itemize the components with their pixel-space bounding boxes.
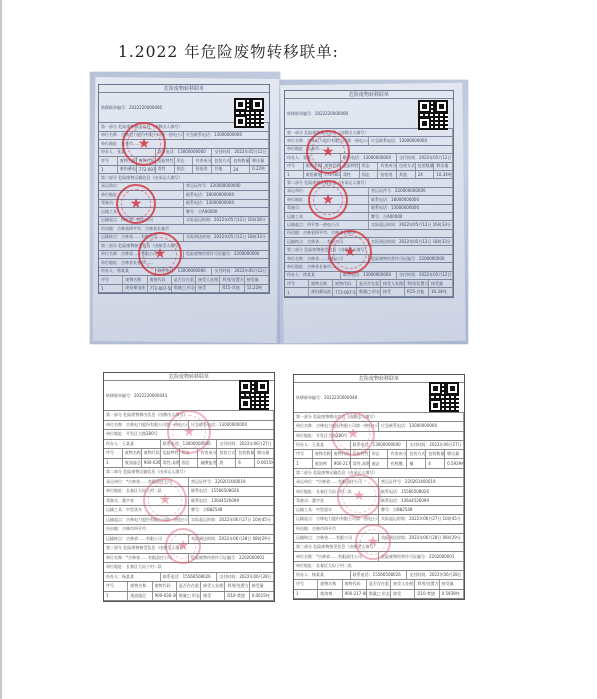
form-cell: 数量□ 形态□ 性质□ 无☑ 其他□: [367, 590, 391, 598]
form-row: 单位地址：吉林省长春市……: [99, 259, 269, 268]
form-cell: 772-007-50: [148, 285, 172, 293]
form-cell: 形态: [360, 163, 379, 170]
form-row: 单位地址：长春区大砬子村二队联系电话：15566508026: [104, 487, 274, 497]
form-cell: 实际起运时间：2022年06月27日 10时45分: [189, 516, 274, 525]
form-cell: 772-007-50: [333, 288, 357, 295]
form-cell: 经由地：吉林省四平市、吉林省长春市: [99, 225, 269, 233]
form-row: 经办人：杨某某联系电话：15566508026交付时间：2022年06月28日 …: [104, 573, 274, 583]
form-cell: 其他: [212, 166, 231, 174]
form-cell: 包装数量: [236, 449, 255, 458]
red-seal-icon: ★: [138, 232, 182, 276]
form-cell: 实际起运时间：2022年05月12日 16时33分: [369, 221, 453, 228]
form-cell: 移出量: [445, 450, 464, 458]
form-row: 经由地：吉林省四平市、吉林省长春市: [285, 230, 453, 238]
form-cell: 接受量: [250, 582, 274, 591]
form-cell: 第二部分 危险废物运输信息（由承运人填写）: [99, 174, 269, 182]
form-row: 1废铅蓄电池772-007-50毒性固态铅铅类其他240.22吨: [99, 166, 269, 175]
form-cell: 有害成分名称: [193, 157, 212, 165]
form-row: 第一部分 危险废物移出信息（由移出人填写）: [285, 129, 453, 137]
form-cell: D10-焚烧: [415, 590, 439, 598]
form-cell: 接受: [201, 592, 225, 601]
form-cell: 固态: [175, 166, 194, 174]
form-cell: 是否存在重大差异: [357, 280, 381, 287]
form-cell: 序号: [104, 449, 123, 458]
form-cell: 牌号：吉B82548: [379, 506, 464, 514]
form-cell: 包装方式: [212, 157, 231, 165]
form-cell: 危险废物经营许可证编号：2200000000: [369, 255, 453, 262]
form-row: 运输起点：吉林电力股份有限公司第一热电公司实际起运时间：2022年06月27日 …: [104, 516, 274, 526]
form-cell: 实际起运时间：2022年06月27日 10时45分: [379, 515, 464, 523]
form-cell: 交付时间：2022年06月27日 10时25分: [407, 441, 464, 449]
form-cell: 第一部分 危险废物移出信息（由移出人填写）: [294, 413, 464, 421]
form-cell: 废物代码: [343, 580, 367, 588]
form-cell: 废物代码: [148, 276, 172, 284]
form-cell: 1: [294, 459, 313, 467]
form-cell: 移出量: [255, 449, 274, 458]
form-cell: 实际到达时间：2022年05月12日 18时33分: [184, 234, 269, 242]
form-row: 序号废物名称废物代码是否存在重大差异接受人处理意见利用/处置方式接受量: [104, 582, 274, 592]
red-seal-icon: ★: [308, 180, 348, 220]
form-cell: 单位地址：长春区大砬子村二队: [294, 562, 464, 570]
form-cell: 序号: [104, 582, 128, 591]
form-cell: 交付时间：2022年05月12日 18时52分: [397, 272, 453, 279]
form-cell: 接受人处理意见: [391, 580, 415, 588]
form-cell: 废溶剂: [313, 459, 332, 467]
form-cell: 序号: [285, 163, 304, 170]
form-cell: 牌号：吉A00000: [369, 213, 453, 220]
form-scan-3: 危险废物转移联单转移联单编号：2022220000044第一部分 危险废物移出信…: [103, 372, 275, 604]
form-cell: 单位地址：吉林省长春市……: [99, 259, 269, 267]
form-cell: 包装数量: [231, 157, 250, 165]
form-cell: 实际起运时间：2022年05月12日 16时28分: [184, 217, 269, 225]
form-cell: 1: [285, 171, 304, 178]
form-cell: 危险废物经营许可证编号：2202000001: [189, 554, 274, 563]
form-cell: 废物代码: [153, 582, 177, 591]
form-cell: 交付时间：2022年06月28日 09时41分: [217, 573, 274, 582]
form-cell: 包装方式: [217, 449, 236, 458]
form-cell: 24: [416, 171, 435, 178]
form-cell: 接受量: [429, 280, 453, 287]
form-cell: 10.34吨: [429, 288, 453, 295]
form-cell: 接受人处理意见: [196, 276, 220, 284]
form-row: 第二部分 危险废物运输信息（由承运人填写）: [294, 469, 464, 478]
form-cell: 液态: [370, 459, 389, 467]
form-cell: 毒性: [341, 171, 360, 178]
form-cell: 有害成分名称: [198, 449, 217, 458]
form-cell: 0.22吨: [250, 166, 269, 174]
red-seal-icon: ★: [331, 412, 375, 456]
form-cell: 有害成分名称: [378, 163, 397, 170]
form-title: 危险废物转移联单: [99, 85, 269, 93]
form-cell: 1: [99, 285, 123, 293]
form-row: 第三部分 危险废物接受信息（由接受人填写）: [99, 242, 269, 251]
form-cell: 交付时间：2022年05月12日 16时31分: [397, 154, 453, 161]
form-cell: 营运证件号：220201400019: [379, 478, 464, 486]
form-row: 第一部分 危险废物移出信息（由移出人填写）: [294, 413, 464, 422]
form-cell: 交付时间：2022年05月12日 16时31分: [212, 149, 269, 157]
form-row: 1废溶剂900-217-08毒性,易燃性液态有机酸、胶质和沥青物质桶40.593…: [294, 459, 464, 468]
form-row: 运输起点：吉林电力股份有限公司第一热电公司实际起运时间：2022年06月27日 …: [294, 515, 464, 524]
form-cell: 0.5939吨: [440, 590, 464, 598]
form-cell: 数量□ 形态□ 性质□ 无☑ 其他□: [177, 592, 201, 601]
form-cell: 废溶剂: [318, 590, 342, 598]
form-cell: 交付时间：2022年06月28日 09时41分: [407, 571, 464, 579]
form-cell: 废物名称: [128, 582, 152, 591]
form-cell: 实际到达时间：2022年06月28日 08时29分: [189, 535, 274, 544]
form-row: 1废溶剂900-217-08数量□ 形态□ 性质□ 无☑ 其他□接受D10-焚烧…: [294, 590, 464, 599]
form-cell: 袋: [217, 459, 236, 468]
form-cell: 第一部分 危险废物移出信息（由移出人填写）: [285, 129, 453, 136]
form-row: 驾驶员：董宇晋联系电话：13644526099: [104, 497, 274, 507]
form-cell: 第二部分 危险废物运输信息（由承运人填写）: [104, 468, 274, 477]
form-cell: 包装方式: [397, 163, 416, 170]
red-seal-icon: ★: [167, 410, 211, 454]
form-cell: 11.22吨: [245, 285, 269, 293]
form-row: 序号废物名称废物代码危险特性形态有害成分名称包装方式包装数量移出量: [99, 157, 269, 166]
form-cell: 废铅蓄电池: [118, 166, 137, 174]
form-row: 单位地址：长春区大砬子村二队: [104, 563, 274, 573]
form-cell: 联系电话：15566508026: [351, 571, 408, 579]
form-row: 第二部分 危险废物运输信息（由承运人填写）: [285, 179, 453, 187]
section-heading: 1.2022 年危险废物转移联单:: [118, 40, 339, 62]
form-cell: 序号: [99, 157, 118, 165]
form-cell: 接受: [391, 590, 415, 598]
form-cell: 1: [104, 459, 123, 468]
qr-code-icon: [239, 380, 269, 410]
form-cell: 900-036-36: [153, 592, 177, 601]
form-cell: 单位地址：开发区大路280号: [294, 432, 464, 440]
form-cell: 单位地址：长春区大砬子村二队: [104, 563, 274, 572]
form-cell: 包装数量: [416, 163, 435, 170]
form-cell: 形态: [175, 157, 194, 165]
page-left-border: [0, 0, 2, 699]
form-cell: R15-其他: [405, 288, 429, 295]
form-row: 经办人：徐某某联系电话：13000000000交付时间：2022年05月12日 …: [99, 268, 269, 277]
form-cell: 联系电话：18000000000: [184, 191, 269, 199]
form-cell: 经由地：吉林省四平市、吉林省长春市: [285, 230, 453, 237]
form-cell: 应急联系电话：13000000000: [369, 137, 453, 144]
form-row: 序号废物名称废物代码是否存在重大差异接受人处理意见利用/处置方式接受量: [285, 280, 453, 288]
form-cell: 900-217-08: [343, 590, 367, 598]
form-cell: 有害成分名称: [388, 450, 407, 458]
form-cell: 1: [285, 288, 309, 295]
form-row: 运输工具：牌号：吉A00000: [285, 213, 453, 221]
form-cell: 移出量: [434, 163, 453, 170]
form-row: 经办人：杨某某联系电话：15566508026交付时间：2022年06月28日 …: [294, 571, 464, 580]
form-cell: 废物名称: [123, 449, 142, 458]
qr-code-icon: [418, 100, 448, 130]
form-cell: 经办人：王某某: [104, 440, 161, 449]
form-cell: 0.0015吨: [255, 459, 274, 468]
form-cell: R15-其他: [220, 285, 244, 293]
form-cell: 毒性,易燃性: [351, 459, 370, 467]
form-row: 运输工具：中型货车牌号：吉B82548: [104, 506, 274, 516]
form-cell: 废物名称: [123, 276, 147, 284]
form-cell: 经办人：杨某某: [104, 573, 161, 582]
form-cell: 铅铅类: [193, 166, 212, 174]
form-row: 单位地址：长春区大砬子村二队: [294, 562, 464, 571]
form-cell: 硫酸盐类矿物、含油废化纤、铁、铝: [198, 459, 217, 468]
form-cell: 1: [294, 590, 318, 598]
form-cell: 数量□ 形态□ 性质□ 无☑ 其他□: [357, 288, 381, 295]
red-seal-icon: ★: [337, 474, 381, 518]
form-cell: 接受: [381, 288, 405, 295]
red-seal-icon: ★: [122, 122, 166, 166]
form-cell: 联系电话：13644526099: [379, 497, 464, 505]
form-row: 单位地址：开发区大路280号: [294, 432, 464, 441]
form-row: 序号废物名称废物代码是否存在重大差异接受人处理意见利用/处置方式接受量: [99, 276, 269, 285]
form-row: 运输起点：四平第一热电公司实际起运时间：2022年05月12日 16时33分: [285, 221, 453, 229]
red-seal-icon: ★: [355, 524, 391, 560]
form-cell: 772-007-50: [137, 166, 156, 174]
red-seal-icon: ★: [116, 184, 156, 224]
form-cell: 实际到达时间：2022年05月12日 18时33分: [369, 238, 453, 245]
red-seal-icon: ★: [165, 528, 201, 564]
form-cell: 联系电话：15566508026: [161, 573, 218, 582]
form-row: 1废油滤芯900-036-36毒性,易燃性固态硫酸盐类矿物、含油废化纤、铁、铝袋…: [104, 459, 274, 469]
form-cell: 序号: [294, 580, 318, 588]
form-cell: 0.0015吨: [250, 592, 274, 601]
form-cell: 数量□ 形态□ 性质□ 无☑ 其他□: [172, 285, 196, 293]
form-cell: 利用/处置方式: [415, 580, 439, 588]
qr-code-icon: [429, 382, 459, 412]
form-cell: 接受量: [440, 580, 464, 588]
form-cell: 经办人：杨某某: [294, 571, 351, 579]
red-seal-icon: ★: [328, 230, 372, 274]
form-cell: 接受: [196, 285, 220, 293]
form-title: 危险废物转移联单: [285, 91, 453, 99]
form-cell: 1: [104, 592, 128, 601]
form-cell: 运输起点：四平第一热电公司: [285, 221, 369, 228]
form-row: 1废油滤芯900-036-36数量□ 形态□ 性质□ 无☑ 其他□接受D10-焚…: [104, 592, 274, 602]
form-cell: 联系电话：18000000000: [369, 196, 453, 203]
form-cell: 1: [99, 166, 118, 174]
qr-code-icon: [234, 98, 264, 128]
form-cell: 固态: [360, 171, 379, 178]
form-scan-4: 危险废物转移联单转移联单编号：2022220000048第一部分 危险废物移出信…: [293, 374, 465, 604]
form-row: 第二部分 危险废物运输信息（由承运人填写）: [99, 174, 269, 183]
form-cell: 包装方式: [407, 450, 426, 458]
form-cell: 900-036-36: [142, 459, 161, 468]
form-cell: 经办人：徐某某: [285, 272, 341, 279]
form-cell: 其他: [397, 171, 416, 178]
form-cell: 毒性,易燃性: [161, 459, 180, 468]
form-cell: 第二部分 危险废物运输信息（由承运人填写）: [285, 179, 453, 186]
form-cell: 利用/处置方式: [225, 582, 249, 591]
form-cell: 营运证件号：220000000000: [369, 188, 453, 195]
form-cell: 废铅蓄电池: [123, 285, 147, 293]
form-cell: 废油滤芯: [128, 592, 152, 601]
form-cell: 联系电话：13644526099: [189, 497, 274, 506]
form-cell: 序号: [99, 276, 123, 284]
form-cell: 有机酸、胶质和沥青物质: [388, 459, 407, 467]
form-row: 单位名称：吉林电力股份有限公司第一热电公司应急联系电话：13000000000: [294, 422, 464, 431]
form-cell: 0.5939吨: [445, 459, 464, 467]
form-cell: 接受人处理意见: [201, 582, 225, 591]
form-photo-1: 危险废物转移联单转移联单编号：2022220000000第一部分 危险废物移出信…: [90, 72, 280, 344]
form-cell: 危险废物经营许可证编号：2200000000: [184, 251, 269, 259]
form-cell: 废物名称: [318, 580, 342, 588]
form-row: 1废铅蓄电池772-007-50毒性固态铅铅类其他2410.34吨: [285, 171, 453, 179]
form-row: 第二部分 危险废物运输信息（由承运人填写）: [104, 468, 274, 478]
form-cell: 联系电话：13000000000: [184, 200, 269, 208]
form-row: 经办人：徐某某联系电话：13000000000交付时间：2022年05月12日 …: [285, 272, 453, 280]
form-cell: 应急联系电话：13000000000: [379, 422, 464, 430]
form-row: 运输终点：吉林省……有限公司实际到达时间：2022年05月12日 18时33分: [99, 234, 269, 243]
form-row: 经办人：王某某联系电话：13000000000交付时间：2022年06月27日 …: [294, 441, 464, 450]
form-cell: 利用/处置方式: [405, 280, 429, 287]
form-cell: 是否存在重大差异: [177, 582, 201, 591]
form-row: 承运单位：*吉林省……有限责任公司营运证件号：220201400019: [104, 478, 274, 488]
form-cell: 废油滤芯: [123, 459, 142, 468]
form-cell: 牌号：吉A00000: [184, 208, 269, 216]
form-cell: 接受人处理意见: [381, 280, 405, 287]
form-cell: 是否存在重大差异: [172, 276, 196, 284]
form-cell: 联系电话：13000000000: [369, 205, 453, 212]
red-seal-icon: ★: [143, 478, 187, 522]
form-cell: 毒性: [156, 166, 175, 174]
form-row: 1废铅蓄电池772-007-50数量□ 形态□ 性质□ 无☑ 其他□接受R15-…: [285, 288, 453, 296]
form-cell: 24: [231, 166, 250, 174]
form-cell: 6: [236, 459, 255, 468]
form-cell: 废物代码: [142, 449, 161, 458]
form-cell: 4: [426, 459, 445, 467]
form-cell: 10.34吨: [434, 171, 453, 178]
form-cell: 交付时间：2022年06月27日 10时25分: [217, 440, 274, 449]
form-cell: 移出量: [250, 157, 269, 165]
form-cell: 危险废物经营许可证编号：2202000001: [379, 552, 464, 560]
form-row: 单位名称：吉林省……有限公司危险废物经营许可证编号：2200000000: [99, 251, 269, 260]
form-cell: 利用/处置方式: [220, 276, 244, 284]
form-cell: 联系电话：15566508026: [379, 487, 464, 495]
red-seal-icon: ★: [306, 130, 350, 174]
form-cell: 废物名称: [309, 280, 333, 287]
form-cell: 营运证件号：220201400019: [189, 478, 274, 487]
form-row: 运输工具：中型货车牌号：吉B82548: [294, 506, 464, 515]
form-cell: 废铅蓄电池: [309, 288, 333, 295]
form-cell: 联系电话：15566508026: [189, 487, 274, 496]
form-cell: 营运证件号：220000000000: [184, 183, 269, 191]
form-cell: 序号: [285, 280, 309, 287]
form-cell: 是否存在重大差异: [367, 580, 391, 588]
form-cell: 包装数量: [426, 450, 445, 458]
form-cell: 铅铅类: [378, 171, 397, 178]
form-cell: 第三部分 危险废物接受信息（由接受人填写）: [99, 242, 269, 250]
form-row: 序号废物名称废物代码是否存在重大差异接受人处理意见利用/处置方式接受量: [294, 580, 464, 589]
form-cell: D10-焚烧: [225, 592, 249, 601]
form-cell: 实际到达时间：2022年06月28日 08时29分: [379, 534, 464, 542]
form-cell: 第二部分 危险废物运输信息（由承运人填写）: [294, 469, 464, 477]
form-row: 经由地：吉林省四平市、吉林省长春市: [99, 225, 269, 234]
form-cell: 接受量: [245, 276, 269, 284]
form-row: 单位地址：吉林省长春市……: [285, 263, 453, 271]
form-cell: 废物代码: [333, 280, 357, 287]
form-cell: 900-217-08: [332, 459, 351, 467]
form-row: 1废铅蓄电池772-007-50数量□ 形态□ 性质□ 无☑ 其他□接受R15-…: [99, 285, 269, 294]
form-cell: 单位地址：吉林省长春市……: [285, 263, 453, 270]
form-row: 序号废物名称废物代码危险特性形态有害成分名称包装方式包装数量移出量: [294, 450, 464, 459]
form-cell: 交付时间：2022年05月12日 18时53分: [212, 268, 269, 276]
form-photo-2: 危险废物转移联单转移联单编号：2022220000000第一部分 危险废物移出信…: [280, 80, 468, 344]
form-cell: 形态: [370, 450, 389, 458]
form-cell: 牌号：吉B82548: [189, 506, 274, 515]
form-cell: 桶: [407, 459, 426, 467]
form-cell: 固态: [180, 459, 199, 468]
form-cell: 废物名称: [313, 450, 332, 458]
form-cell: 应急联系电话：13000000000: [184, 132, 269, 140]
form-cell: 序号: [294, 450, 313, 458]
